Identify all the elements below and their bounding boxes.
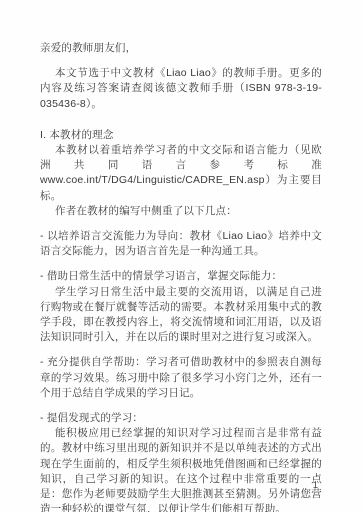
paragraph-focus-list-intro: 作者在教材的编写中侧重了以下几点：	[40, 204, 322, 219]
document-page: 亲爱的教师朋友们， 本文节选于中文教材《Liao Liao》的教师手册。更多的内…	[0, 0, 362, 512]
section-heading: I. 本教材的理念	[40, 128, 322, 143]
bullet-communication: - 以培养语言交流能力为导向：教材《Liao Liao》培养中文语言交际能力，因…	[40, 229, 322, 259]
bullet-discovery-title: - 提倡发现式的学习：	[40, 411, 322, 426]
bullet-situations-body: 学生学习日常生活中最主要的交流用语，以满足自己进行购物或在餐厅就餐等活动的需要。…	[40, 285, 322, 346]
paragraph-goal-statement: 本教材以着重培养学习者的中文交际和语言能力（见欧洲共同语言参考标准 www.co…	[40, 143, 322, 204]
bullet-self-study: - 充分提供自学帮助：学习者可借助教材中的参照表自测每章的学习效果。练习册中除了…	[40, 355, 322, 401]
paragraph-intro-note: 本文节选于中文教材《Liao Liao》的教师手册。更多的内容及练习答案请查阅该…	[40, 66, 322, 112]
page-number: 1	[313, 480, 318, 491]
paragraph-greeting: 亲爱的教师朋友们，	[40, 41, 322, 56]
bullet-situations-title: - 借助日常生活中的情景学习语言，掌握交际能力：	[40, 269, 322, 284]
bullet-discovery-body: 能积极应用已经掌握的知识对学习过程而言是非常有益的。教材中练习里出现的新知识并不…	[40, 426, 322, 512]
